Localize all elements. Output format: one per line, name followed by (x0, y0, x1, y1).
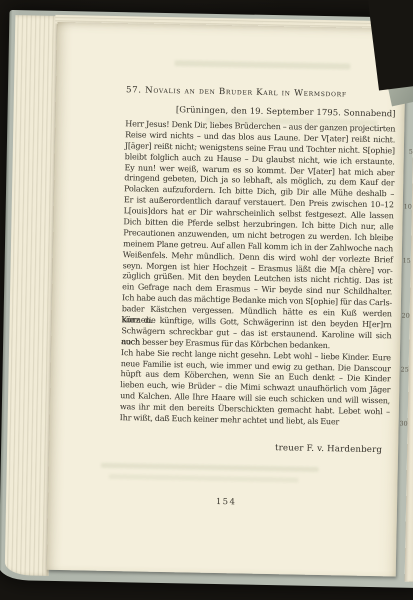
margin-line-number: 30 (399, 420, 407, 428)
letter-dateline: [Grüningen, den 19. September 1795. Sonn… (126, 103, 396, 118)
show-through-ghost (109, 474, 299, 483)
page-number: 154 (216, 496, 237, 506)
margin-line-number: 20 (402, 311, 410, 319)
margin-line-number: 25 (400, 366, 408, 374)
letter-heading: 57. Novalis an den Bruder Karl in Wermsd… (126, 85, 396, 100)
show-through-ghost (101, 463, 319, 472)
margin-line-number: 15 (403, 257, 411, 265)
book-page: 57. Novalis an den Bruder Karl in Wermsd… (47, 22, 406, 577)
letter-signature: treuer F. v. Hardenberg (119, 440, 389, 455)
letter-body: Herr Jesus! Denk Dir, liebes Brüderchen … (120, 119, 396, 429)
book: 57. Novalis an den Bruder Karl in Wermsd… (0, 10, 413, 588)
facing-page-edge (405, 30, 413, 582)
margin-line-number: 10 (404, 202, 412, 210)
margin-line-number: 5 (409, 148, 413, 156)
show-through-ghost (174, 60, 350, 69)
letter-content: 57. Novalis an den Bruder Karl in Wermsd… (119, 85, 396, 455)
photo-background: 57. Novalis an den Bruder Karl in Wermsd… (0, 0, 413, 600)
